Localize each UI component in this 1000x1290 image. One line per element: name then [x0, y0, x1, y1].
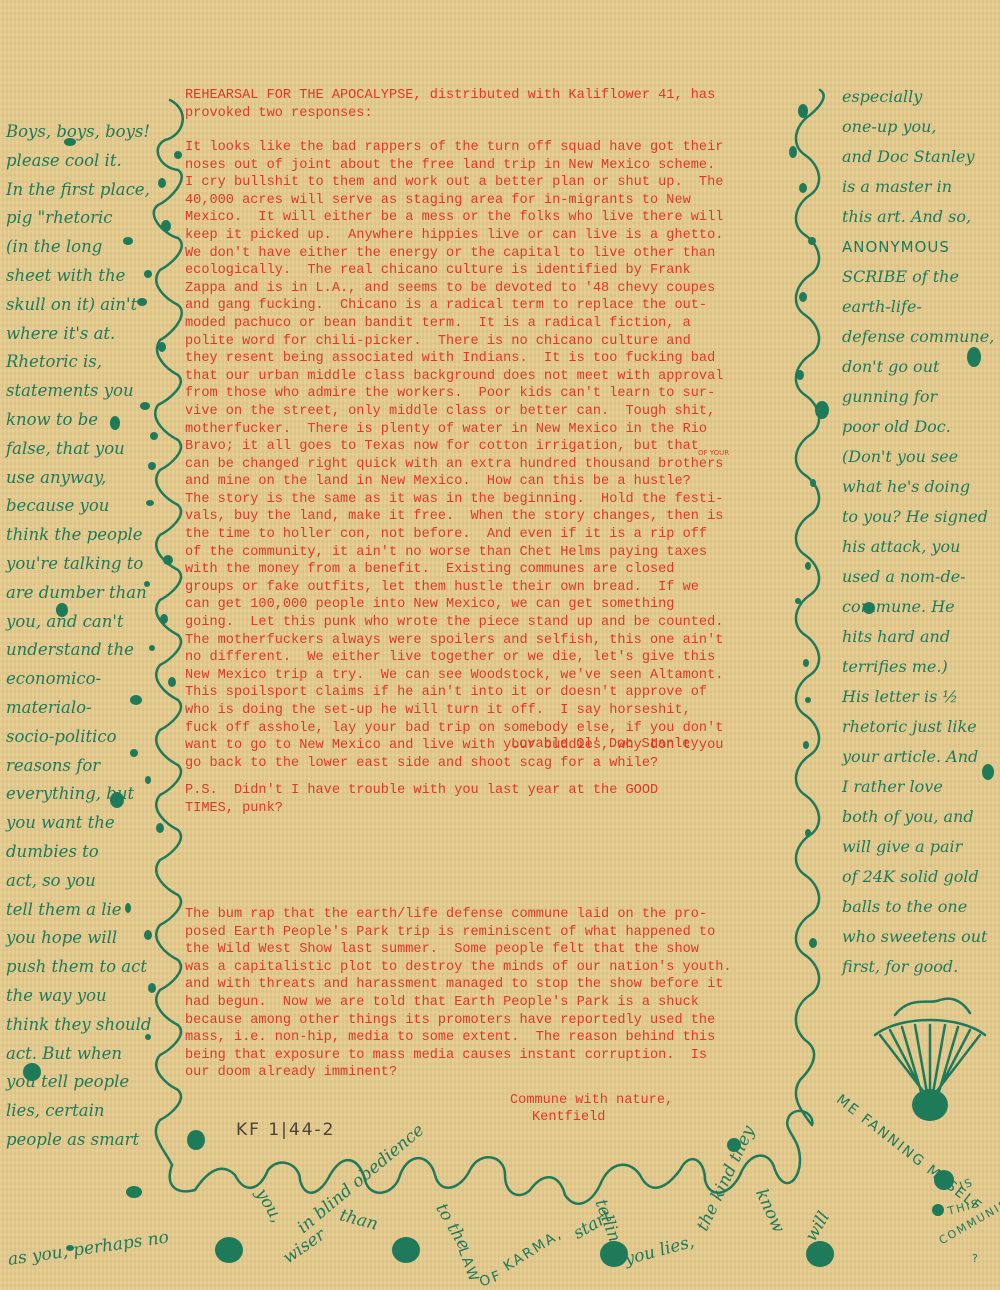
handwritten-line: as you, perhaps no [7, 1228, 170, 1270]
handwritten-line: is a master in [842, 172, 994, 202]
handwritten-line: use anyway, [6, 464, 152, 493]
handwritten-line: (Don't you see [842, 442, 994, 472]
handwritten-line: tell them a lie [6, 896, 152, 925]
handwritten-line: think they should [6, 1011, 152, 1040]
handwritten-line: you want the [6, 809, 152, 838]
handwritten-line: lies, certain [6, 1097, 152, 1126]
handwritten-line: of 24K solid gold [842, 862, 994, 892]
handwritten-line: sheet with the [6, 262, 152, 291]
handwritten-line: balls to the one [842, 892, 994, 922]
handwritten-line: poor old Doc. [842, 412, 994, 442]
handwritten-line: the way you [6, 982, 152, 1011]
handwritten-line: his attack, you [842, 532, 994, 562]
handwritten-line: Rhetoric is, [6, 348, 152, 377]
handwritten-line: especially [842, 82, 994, 112]
handwritten-word: will [801, 1208, 834, 1245]
handwritten-line: act. But when [6, 1040, 152, 1069]
handwritten-line: don't go out [842, 352, 994, 382]
handwritten-line: socio-politico [6, 723, 152, 752]
handwritten-line: are dumber than [6, 579, 152, 608]
handwritten-line: because you [6, 492, 152, 521]
handwritten-line: hits hard and [842, 622, 994, 652]
handwritten-word: know [751, 1186, 789, 1236]
letter-doc-stanley: It looks like the bad rappers of the tur… [185, 139, 785, 772]
handwritten-line: rhetoric just like [842, 712, 994, 742]
handwritten-line: to you? He signed [842, 502, 994, 532]
handwritten-left-column: Boys, boys, boys!please cool it.In the f… [6, 118, 152, 1155]
signature-kentfield: Kentfield [532, 1109, 1000, 1127]
handwritten-line: both of you, and [842, 802, 994, 832]
postscript: P.S. Didn't I have trouble with you last… [185, 782, 785, 817]
handwritten-word: KARMA, [501, 1226, 566, 1275]
handwritten-line: first, for good. [842, 952, 994, 982]
handwritten-line: and Doc Stanley [842, 142, 994, 172]
handwritten-line: dumbies to [6, 838, 152, 867]
handwritten-line: people as smart [6, 1126, 152, 1155]
handwritten-line: you hope will [6, 924, 152, 953]
intro-text: REHEARSAL FOR THE APOCALYPSE, distribute… [185, 87, 785, 122]
handwritten-line: gunning for [842, 382, 994, 412]
handwritten-word: you lies, [622, 1232, 696, 1270]
handwritten-line: earth-life- [842, 292, 994, 322]
handwritten-line: skull on it) ain't [6, 291, 152, 320]
handwritten-line: where it's at. [6, 320, 152, 349]
handwritten-line: one-up you, [842, 112, 994, 142]
handwritten-line: defense commune, [842, 322, 994, 352]
handwritten-line: economico- [6, 665, 152, 694]
handwritten-line: In the first place, [6, 176, 152, 205]
handwritten-word: the kind they [693, 1123, 759, 1234]
handwritten-line: you, and can't [6, 608, 152, 637]
handwritten-word: ? [972, 1252, 980, 1265]
closing-line: Commune with nature, [510, 1092, 1000, 1110]
handwritten-right-column: especiallyone-up you,and Doc Stanleyis a… [842, 82, 994, 982]
handwritten-word: OF [477, 1268, 504, 1290]
handwritten-line: commune. He [842, 592, 994, 622]
handwritten-line: you're talking to [6, 550, 152, 579]
handwritten-line: I rather love [842, 772, 994, 802]
handwritten-line: you tell people [6, 1068, 152, 1097]
handwritten-word: than [337, 1205, 380, 1234]
handwritten-line: (in the long [6, 233, 152, 262]
handwritten-line: please cool it. [6, 147, 152, 176]
handwritten-line: this art. And so, [842, 202, 994, 232]
handwritten-word: you, [251, 1185, 286, 1226]
letter-kentfield: The bum rap that the earth/life defense … [185, 906, 785, 1082]
handwritten-line: used a nom-de- [842, 562, 994, 592]
handwritten-line: SCRIBE of the [842, 262, 994, 292]
handwritten-insertion: OF YOUR [698, 449, 729, 457]
handwritten-line: who sweetens out [842, 922, 994, 952]
handwritten-line: reasons for [6, 752, 152, 781]
handwritten-line: everything, but [6, 780, 152, 809]
handwritten-line: false, that you [6, 435, 152, 464]
handwritten-line: ANONYMOUS [842, 232, 994, 262]
handwritten-word: IS [958, 1176, 976, 1193]
handwritten-line: His letter is ½ [842, 682, 994, 712]
handwritten-line: pig "rhetoric [6, 204, 152, 233]
handwritten-line: know to be [6, 406, 152, 435]
handwritten-line: understand the [6, 636, 152, 665]
handwritten-line: terrifies me.) [842, 652, 994, 682]
handwritten-line: materialo- [6, 694, 152, 723]
handwritten-line: think the people [6, 521, 152, 550]
handwritten-line: your article. And [842, 742, 994, 772]
handwritten-line: Boys, boys, boys! [6, 118, 152, 147]
handwritten-line: what he's doing [842, 472, 994, 502]
handwritten-line: will give a pair [842, 832, 994, 862]
archive-mark: KF 1|44-2 [236, 1120, 335, 1140]
handwritten-line: act, so you [6, 867, 152, 896]
handwritten-line: statements you [6, 377, 152, 406]
handwritten-line: push them to act [6, 953, 152, 982]
